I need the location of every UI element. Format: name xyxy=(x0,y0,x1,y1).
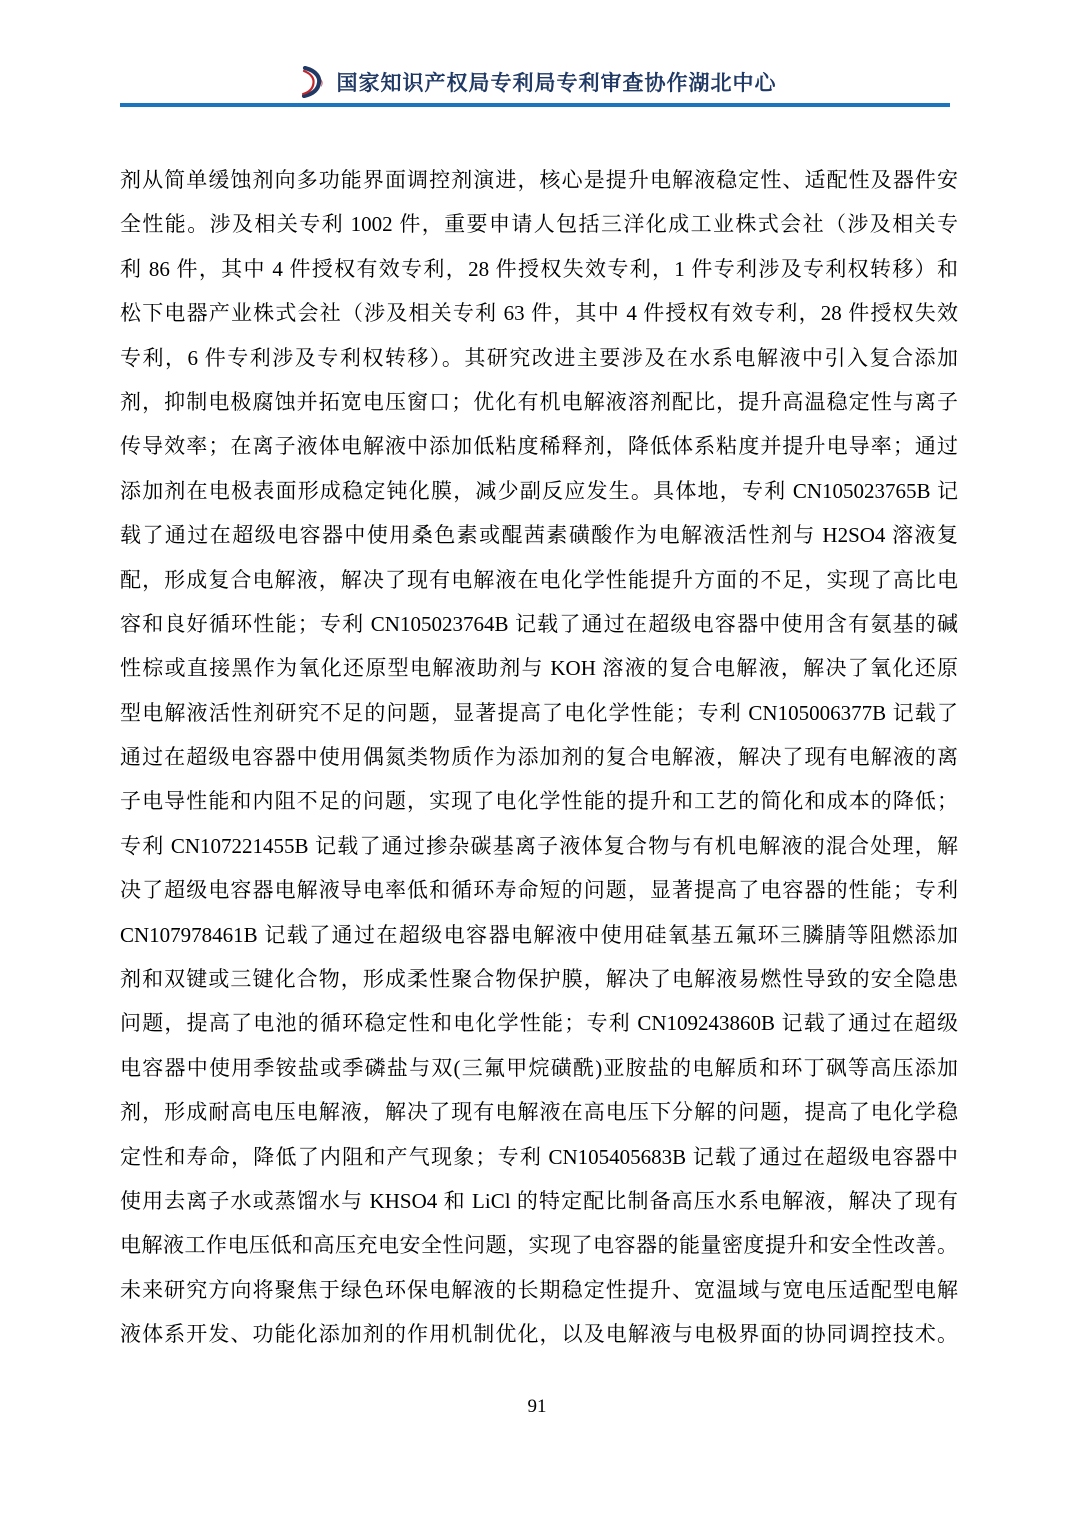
paragraph-line: 型电解液活性剂研究不足的问题，显著提高了电化学性能；专利 CN105006377… xyxy=(120,691,958,735)
paragraph-line: 未来研究方向将聚焦于绿色环保电解液的长期稳定性提升、宽温域与宽电压适配型电解 xyxy=(120,1268,958,1312)
paragraph-line: 性棕或直接黑作为氧化还原型电解液助剂与 KOH 溶液的复合电解液，解决了氧化还原 xyxy=(120,646,958,690)
paragraph-line: 配，形成复合电解液，解决了现有电解液在电化学性能提升方面的不足，实现了高比电 xyxy=(120,558,958,602)
paragraph-line: 传导效率；在离子液体电解液中添加低粘度稀释剂，降低体系粘度并提升电导率；通过 xyxy=(120,424,958,468)
paragraph-line: 剂和双键或三键化合物，形成柔性聚合物保护膜，解决了电解液易燃性导致的安全隐患 xyxy=(120,957,958,1001)
page-header: 国家知识产权局专利局专利审查协作湖北中心 xyxy=(0,0,1074,107)
paragraph-line: 子电导性能和内阻不足的问题，实现了电化学性能的提升和工艺的简化和成本的降低； xyxy=(120,779,958,823)
paragraph-line: 专利 CN107221455B 记载了通过掺杂碳基离子液体复合物与有机电解液的混… xyxy=(120,824,958,868)
header-org-name: 国家知识产权局专利局专利审查协作湖北中心 xyxy=(337,67,777,97)
paragraph-line: 剂从简单缓蚀剂向多功能界面调控剂演进，核心是提升电解液稳定性、适配性及器件安 xyxy=(120,158,958,202)
paragraph-line: 松下电器产业株式会社（涉及相关专利 63 件，其中 4 件授权有效专利，28 件… xyxy=(120,291,958,335)
paragraph-line: 定性和寿命，降低了内阻和产气现象；专利 CN105405683B 记载了通过在超… xyxy=(120,1135,958,1179)
page-number: 91 xyxy=(0,1396,1074,1418)
paragraph-line: 容和良好循环性能；专利 CN105023764B 记载了通过在超级电容器中使用含… xyxy=(120,602,958,646)
org-logo-icon xyxy=(298,66,324,98)
paragraph-line: 添加剂在电极表面形成稳定钝化膜，减少副反应发生。具体地，专利 CN1050237… xyxy=(120,469,958,513)
paragraph-line: 使用去离子水或蒸馏水与 KHSO4 和 LiCl 的特定配比制备高压水系电解液，… xyxy=(120,1179,958,1223)
body-paragraph: 剂从简单缓蚀剂向多功能界面调控剂演进，核心是提升电解液稳定性、适配性及器件安 全… xyxy=(120,158,958,1357)
paragraph-line: 液体系开发、功能化添加剂的作用机制优化，以及电解液与电极界面的协同调控技术。 xyxy=(120,1312,958,1356)
header-inner: 国家知识产权局专利局专利审查协作湖北中心 xyxy=(0,0,1074,100)
paragraph-line: 剂，形成耐高电压电解液，解决了现有电解液在高电压下分解的问题，提高了电化学稳 xyxy=(120,1090,958,1134)
paragraph-line: 载了通过在超级电容器中使用桑色素或醌茜素磺酸作为电解液活性剂与 H2SO4 溶液… xyxy=(120,513,958,557)
page-footer: 91 xyxy=(0,1396,1074,1418)
document-page: 国家知识产权局专利局专利审查协作湖北中心 剂从简单缓蚀剂向多功能界面调控剂演进，… xyxy=(0,0,1074,1520)
header-divider xyxy=(120,103,950,107)
paragraph-line: 利 86 件，其中 4 件授权有效专利，28 件授权失效专利，1 件专利涉及专利… xyxy=(120,247,958,291)
paragraph-line: 剂，抑制电极腐蚀并拓宽电压窗口；优化有机电解液溶剂配比，提升高温稳定性与离子 xyxy=(120,380,958,424)
paragraph-line: 问题，提高了电池的循环稳定性和电化学性能；专利 CN109243860B 记载了… xyxy=(120,1001,958,1045)
paragraph-line: 通过在超级电容器中使用偶氮类物质作为添加剂的复合电解液，解决了现有电解液的离 xyxy=(120,735,958,779)
paragraph-line: 决了超级电容器电解液导电率低和循环寿命短的问题，显著提高了电容器的性能；专利 xyxy=(120,868,958,912)
paragraph-line: 全性能。涉及相关专利 1002 件，重要申请人包括三洋化成工业株式会社（涉及相关… xyxy=(120,202,958,246)
paragraph-line: 专利，6 件专利涉及专利权转移）。其研究改进主要涉及在水系电解液中引入复合添加 xyxy=(120,336,958,380)
paragraph-line: CN107978461B 记载了通过在超级电容器电解液中使用硅氧基五氟环三膦腈等… xyxy=(120,913,958,957)
paragraph-line: 电容器中使用季铵盐或季磷盐与双(三氟甲烷磺酰)亚胺盐的电解质和环丁砜等高压添加 xyxy=(120,1046,958,1090)
paragraph-line: 电解液工作电压低和高压充电安全性问题，实现了电容器的能量密度提升和安全性改善。 xyxy=(120,1223,958,1267)
